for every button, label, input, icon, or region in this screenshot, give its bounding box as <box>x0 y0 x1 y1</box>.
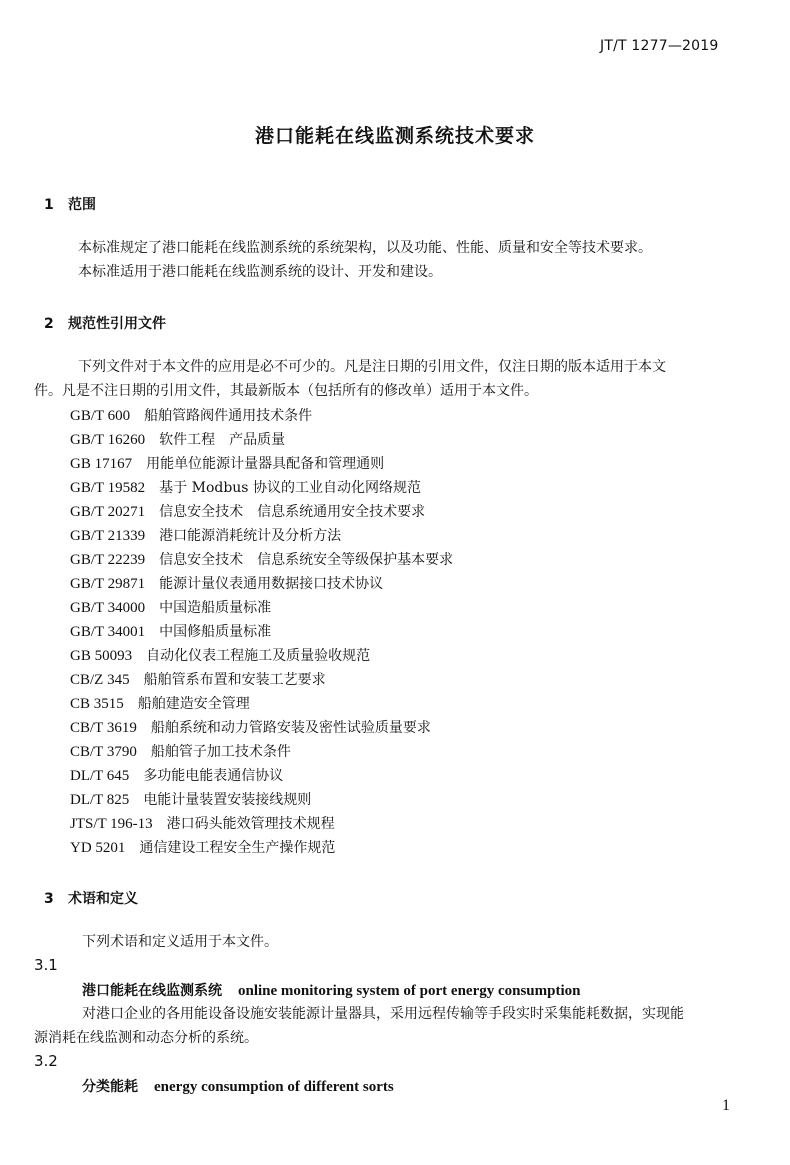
reference-item: CB/T 3619船舶系统和动力管路安装及密性试验质量要求 <box>70 717 431 737</box>
reference-item: JTS/T 196-13港口码头能效管理技术规程 <box>70 813 335 833</box>
reference-code: GB/T 16260 <box>70 432 145 448</box>
reference-item: CB 3515船舶建造安全管理 <box>70 693 250 713</box>
section-2-heading: 2规范性引用文件 <box>44 313 166 333</box>
standard-code: JT/T 1277—2019 <box>600 38 718 54</box>
term-heading: 分类能耗energy consumption of different sort… <box>82 1076 394 1096</box>
clause-number: 3.1 <box>34 956 58 974</box>
reference-title: 信息安全技术 信息系统安全等级保护基本要求 <box>159 552 453 568</box>
section-number: 3 <box>44 891 68 907</box>
reference-title: 船舶管子加工技术条件 <box>151 744 291 760</box>
reference-title: 用能单位能源计量器具配备和管理通则 <box>146 456 384 472</box>
reference-title: 船舶建造安全管理 <box>138 696 250 712</box>
references-intro-line-1: 下列文件对于本文件的应用是必不可少的。凡是注日期的引用文件，仅注日期的版本适用于… <box>78 356 666 378</box>
reference-title: 能源计量仪表通用数据接口技术协议 <box>159 576 383 592</box>
reference-code: CB/Z 345 <box>70 672 130 688</box>
reference-code: YD 5201 <box>70 840 125 856</box>
term-english: online monitoring system of port energy … <box>238 983 581 999</box>
reference-item: GB/T 20271信息安全技术 信息系统通用安全技术要求 <box>70 501 425 521</box>
term-heading: 港口能耗在线监测系统online monitoring system of po… <box>82 980 581 1000</box>
scope-paragraph-1: 本标准规定了港口能耗在线监测系统的系统架构，以及功能、性能、质量和安全等技术要求… <box>78 237 652 259</box>
references-intro-line-2: 件。凡是不注日期的引用文件，其最新版本（包括所有的修改单）适用于本文件。 <box>34 380 538 402</box>
reference-title: 中国造船质量标准 <box>159 600 271 616</box>
reference-title: 中国修船质量标准 <box>159 624 271 640</box>
section-title: 术语和定义 <box>68 891 138 907</box>
reference-code: GB/T 34001 <box>70 624 145 640</box>
reference-item: GB/T 16260软件工程 产品质量 <box>70 429 285 449</box>
section-number: 2 <box>44 316 68 332</box>
reference-code: GB 17167 <box>70 456 132 472</box>
reference-item: GB/T 29871能源计量仪表通用数据接口技术协议 <box>70 573 383 593</box>
reference-title: 港口能源消耗统计及分析方法 <box>159 528 341 544</box>
reference-title: 港口码头能效管理技术规程 <box>167 816 335 832</box>
reference-item: GB 17167用能单位能源计量器具配备和管理通则 <box>70 453 384 473</box>
scope-paragraph-2: 本标准适用于港口能耗在线监测系统的设计、开发和建设。 <box>78 261 442 283</box>
reference-item: GB/T 22239信息安全技术 信息系统安全等级保护基本要求 <box>70 549 453 569</box>
term-definition-line-1: 对港口企业的各用能设备设施安装能源计量器具，采用远程传输等手段实时采集能耗数据，… <box>82 1003 684 1025</box>
reference-item: CB/T 3790船舶管子加工技术条件 <box>70 741 291 761</box>
document-title: 港口能耗在线监测系统技术要求 <box>0 121 790 148</box>
reference-item: DL/T 645多功能电能表通信协议 <box>70 765 283 785</box>
reference-item: YD 5201通信建设工程安全生产操作规范 <box>70 837 335 857</box>
page-number: 1 <box>722 1097 730 1115</box>
reference-code: CB/T 3619 <box>70 720 137 736</box>
reference-code: JTS/T 196-13 <box>70 816 153 832</box>
clause-number: 3.2 <box>34 1052 58 1070</box>
reference-title: 基于 Modbus 协议的工业自动化网络规范 <box>159 480 421 496</box>
section-number: 1 <box>44 197 68 213</box>
reference-title: 多功能电能表通信协议 <box>143 768 283 784</box>
section-3-heading: 3术语和定义 <box>44 888 138 908</box>
reference-title: 电能计量装置安装接线规则 <box>143 792 311 808</box>
reference-title: 自动化仪表工程施工及质量验收规范 <box>146 648 370 664</box>
reference-code: CB/T 3790 <box>70 744 137 760</box>
reference-title: 信息安全技术 信息系统通用安全技术要求 <box>159 504 425 520</box>
term-chinese: 分类能耗 <box>82 1079 138 1095</box>
reference-item: GB/T 19582基于 Modbus 协议的工业自动化网络规范 <box>70 477 421 497</box>
reference-code: CB 3515 <box>70 696 124 712</box>
reference-code: GB/T 34000 <box>70 600 145 616</box>
term-definition-line-2: 源消耗在线监测和动态分析的系统。 <box>34 1027 258 1049</box>
reference-code: GB/T 22239 <box>70 552 145 568</box>
reference-title: 软件工程 产品质量 <box>159 432 285 448</box>
reference-item: CB/Z 345船舶管系布置和安装工艺要求 <box>70 669 326 689</box>
reference-item: GB/T 34001中国修船质量标准 <box>70 621 271 641</box>
section-1-heading: 1范围 <box>44 194 96 214</box>
section-title: 规范性引用文件 <box>68 316 166 332</box>
reference-code: GB/T 600 <box>70 408 130 424</box>
reference-code: GB/T 20271 <box>70 504 145 520</box>
term-chinese: 港口能耗在线监测系统 <box>82 983 222 999</box>
terms-intro: 下列术语和定义适用于本文件。 <box>82 931 278 953</box>
section-title: 范围 <box>68 197 96 213</box>
reference-title: 船舶系统和动力管路安装及密性试验质量要求 <box>151 720 431 736</box>
reference-code: GB/T 19582 <box>70 480 145 496</box>
reference-item: GB/T 34000中国造船质量标准 <box>70 597 271 617</box>
reference-item: GB/T 600船舶管路阀件通用技术条件 <box>70 405 312 425</box>
reference-title: 船舶管路阀件通用技术条件 <box>144 408 312 424</box>
reference-code: GB 50093 <box>70 648 132 664</box>
reference-code: DL/T 825 <box>70 792 129 808</box>
reference-code: GB/T 29871 <box>70 576 145 592</box>
term-english: energy consumption of different sorts <box>154 1079 394 1095</box>
reference-title: 船舶管系布置和安装工艺要求 <box>144 672 326 688</box>
reference-item: GB/T 21339港口能源消耗统计及分析方法 <box>70 525 341 545</box>
reference-item: GB 50093自动化仪表工程施工及质量验收规范 <box>70 645 370 665</box>
reference-code: DL/T 645 <box>70 768 129 784</box>
reference-code: GB/T 21339 <box>70 528 145 544</box>
reference-title: 通信建设工程安全生产操作规范 <box>139 840 335 856</box>
reference-item: DL/T 825电能计量装置安装接线规则 <box>70 789 311 809</box>
